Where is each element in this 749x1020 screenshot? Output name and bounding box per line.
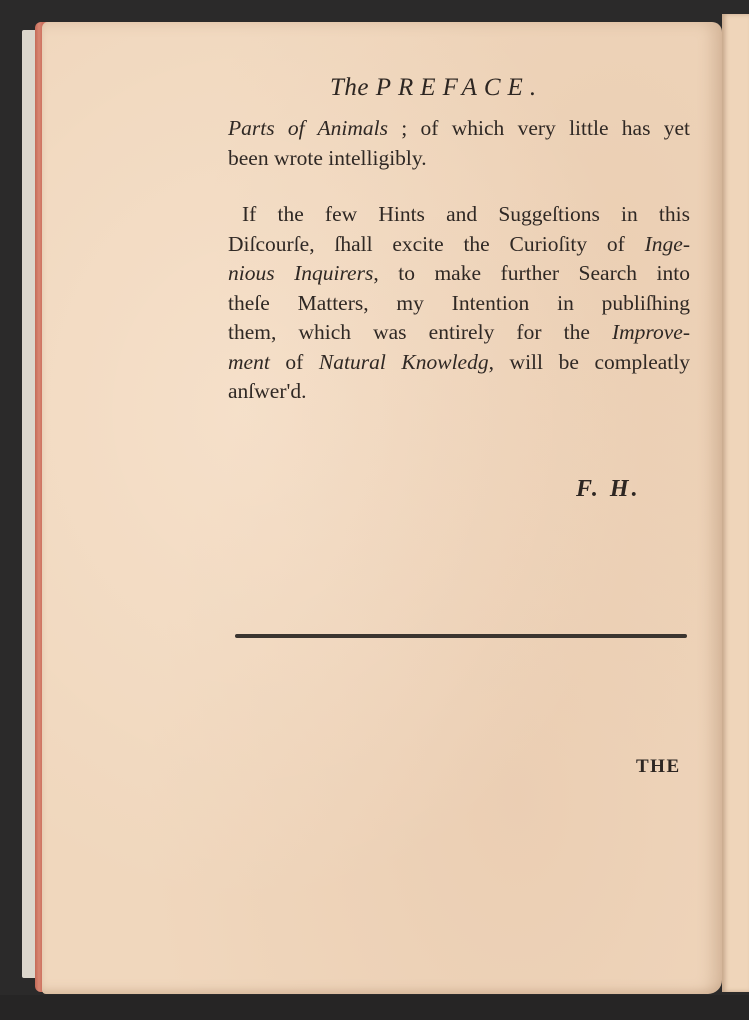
signature-initials: F. H. <box>576 476 641 503</box>
roman-text: Diſcourſe, ſhall excite the Curioſity of <box>228 232 645 256</box>
next-page-edge <box>722 14 749 992</box>
roman-text: If the few Hints and Suggeſtions in this <box>242 202 690 226</box>
italic-text: Improve- <box>612 320 690 344</box>
catchword: THE <box>636 756 681 778</box>
italic-text: ment <box>228 350 270 374</box>
running-head-title: PREFACE. <box>376 74 543 101</box>
roman-text: been wrote intelligibly. <box>228 146 427 170</box>
text-line: Diſcourſe, ſhall excite the Curioſity of… <box>228 230 690 260</box>
paragraph-2: If the few Hints and Suggeſtions in this… <box>228 200 690 407</box>
text-line: been wrote intelligibly. <box>228 144 690 174</box>
horizontal-rule <box>235 634 687 638</box>
roman-text: theſe Matters, my Intention in publiſhin… <box>228 291 690 315</box>
text-line: theſe Matters, my Intention in publiſhin… <box>228 289 690 319</box>
text-line: anſwer'd. <box>228 377 690 407</box>
running-head: The PREFACE. <box>330 74 543 102</box>
text-line: nious Inquirers, to make further Search … <box>228 259 690 289</box>
italic-text: Natural Knowledg <box>319 350 489 374</box>
text-line: them, which was entirely for the Improve… <box>228 318 690 348</box>
roman-text: of <box>270 350 319 374</box>
text-line: If the few Hints and Suggeſtions in this <box>228 200 690 230</box>
roman-text: , to make further Search into <box>373 261 690 285</box>
roman-text: ; of which very little has yet <box>388 116 690 140</box>
roman-text: them, which was entirely for the <box>228 320 612 344</box>
roman-text: anſwer'd. <box>228 379 307 403</box>
text-line: ment of Natural Knowledg, will be comple… <box>228 348 690 378</box>
roman-text: , will be compleatly <box>489 350 690 374</box>
italic-text: Parts of Animals <box>228 116 388 140</box>
scan-background <box>0 995 749 1020</box>
paragraph-1: Parts of Animals ; of which very little … <box>228 114 690 173</box>
running-head-prefix: The <box>330 74 369 101</box>
text-line: Parts of Animals ; of which very little … <box>228 114 690 144</box>
italic-text: Inge- <box>645 232 690 256</box>
italic-text: nious Inquirers <box>228 261 373 285</box>
